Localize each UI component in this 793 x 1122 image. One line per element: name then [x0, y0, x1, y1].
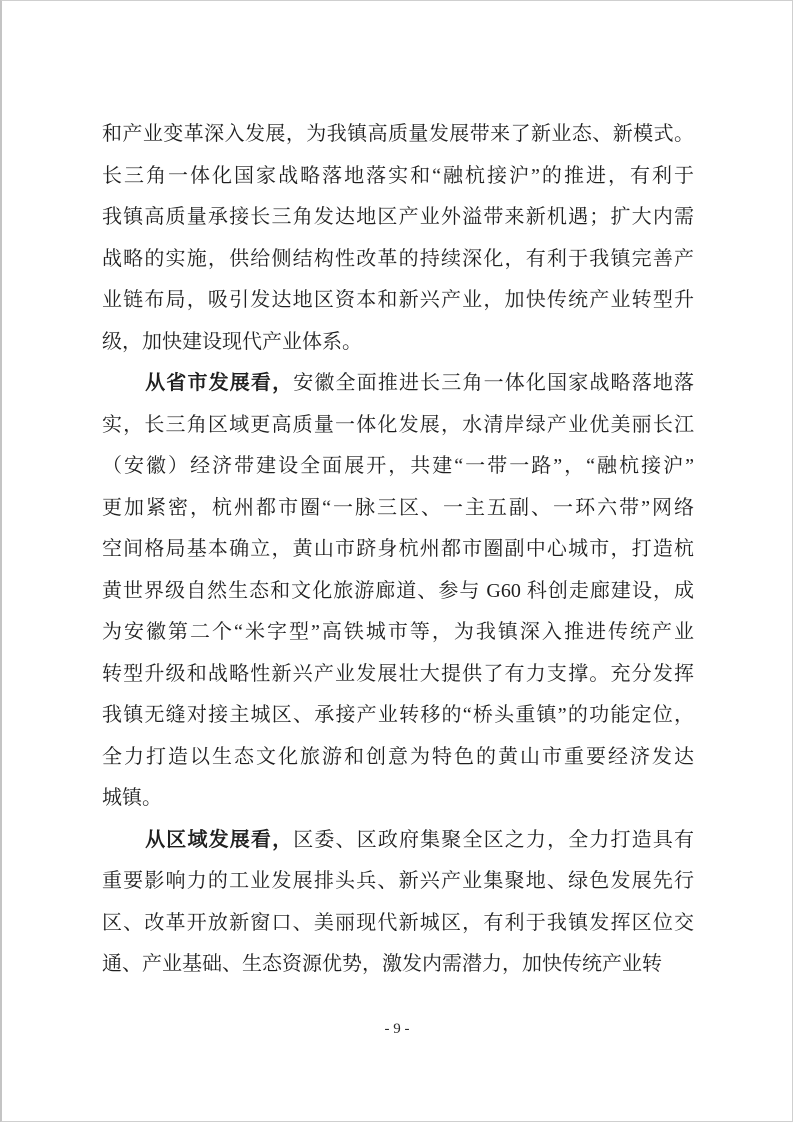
text-line: 城镇。	[102, 778, 694, 820]
line-text: 重要影响力的工业发展排头兵、新兴产业集聚地、绿色发展先行	[102, 870, 694, 892]
line-text: 转型升级和战略性新兴产业发展壮大提供了有力支撑。充分发挥	[102, 663, 694, 685]
text-line: 转型升级和战略性新兴产业发展壮大提供了有力支撑。充分发挥	[102, 654, 694, 696]
text-line: 长三角一体化国家战略落地落实和“融杭接沪”的推进，有利于	[102, 156, 694, 198]
text-line: 从区域发展看，区委、区政府集聚全区之力，全力打造具有	[102, 820, 694, 862]
text-line: 我镇无缝对接主城区、承接产业转移的“桥头重镇”的功能定位，	[102, 695, 694, 737]
line-text: 区、改革开放新窗口、美丽现代新城区，有利于我镇发挥区位交	[102, 912, 694, 934]
line-text: 安徽全面推进长三角一体化国家战略落地落	[293, 372, 694, 394]
line-text: 我镇无缝对接主城区、承接产业转移的“桥头重镇”的功能定位，	[102, 704, 694, 726]
line-text: 通、产业基础、生态资源优势，激发内需潜力，加快传统产业转	[102, 953, 662, 975]
line-text: 黄世界级自然生态和文化旅游廊道、参与 G60 科创走廊建设，成	[102, 580, 694, 602]
text-line: 级，加快建设现代产业体系。	[102, 322, 694, 364]
line-text: 更加紧密，杭州都市圈“一脉三区、一主五副、一环六带”网络	[102, 497, 694, 519]
text-line: 从省市发展看，安徽全面推进长三角一体化国家战略落地落	[102, 363, 694, 405]
line-text: 为安徽第二个“米字型”高铁城市等，为我镇深入推进传统产业	[102, 621, 694, 643]
text-line: 区、改革开放新窗口、美丽现代新城区，有利于我镇发挥区位交	[102, 903, 694, 945]
text-line: 黄世界级自然生态和文化旅游廊道、参与 G60 科创走廊建设，成	[102, 571, 694, 613]
text-line: 空间格局基本确立，黄山市跻身杭州都市圈副中心城市，打造杭	[102, 529, 694, 571]
text-line: 全力打造以生态文化旅游和创意为特色的黄山市重要经济发达	[102, 737, 694, 779]
line-text: 级，加快建设现代产业体系。	[102, 331, 362, 353]
text-line: 业链布局，吸引发达地区资本和新兴产业，加快传统产业转型升	[102, 280, 694, 322]
line-text: 我镇高质量承接长三角发达地区产业外溢带来新机遇；扩大内需	[102, 206, 694, 228]
document-body: 和产业变革深入发展，为我镇高质量发展带来了新业态、新模式。长三角一体化国家战略落…	[102, 114, 694, 986]
text-line: 实，长三角区域更高质量一体化发展，水清岸绿产业优美丽长江	[102, 405, 694, 447]
line-text: 全力打造以生态文化旅游和创意为特色的黄山市重要经济发达	[102, 746, 694, 768]
text-line: 通、产业基础、生态资源优势，激发内需潜力，加快传统产业转	[102, 944, 694, 986]
paragraph-lead: 从省市发展看，	[144, 372, 293, 394]
line-text: 空间格局基本确立，黄山市跻身杭州都市圈副中心城市，打造杭	[102, 538, 694, 560]
line-text: 战略的实施，供给侧结构性改革的持续深化，有利于我镇完善产	[102, 248, 694, 270]
text-line: （安徽）经济带建设全面展开，共建“一带一路”，“融杭接沪”	[102, 446, 694, 488]
line-text: 长三角一体化国家战略落地落实和“融杭接沪”的推进，有利于	[102, 165, 694, 187]
text-line: 重要影响力的工业发展排头兵、新兴产业集聚地、绿色发展先行	[102, 861, 694, 903]
line-text: 和产业变革深入发展，为我镇高质量发展带来了新业态、新模式。	[102, 123, 694, 145]
text-line: 更加紧密，杭州都市圈“一脉三区、一主五副、一环六带”网络	[102, 488, 694, 530]
text-line: 我镇高质量承接长三角发达地区产业外溢带来新机遇；扩大内需	[102, 197, 694, 239]
line-text: 区委、区政府集聚全区之力，全力打造具有	[293, 829, 694, 851]
page-number: - 9 -	[2, 1019, 792, 1039]
text-line: 战略的实施，供给侧结构性改革的持续深化，有利于我镇完善产	[102, 239, 694, 281]
line-text: （安徽）经济带建设全面展开，共建“一带一路”，“融杭接沪”	[102, 455, 694, 477]
line-text: 实，长三角区域更高质量一体化发展，水清岸绿产业优美丽长江	[102, 414, 694, 436]
text-line: 和产业变革深入发展，为我镇高质量发展带来了新业态、新模式。	[102, 114, 694, 156]
line-text: 城镇。	[102, 787, 162, 809]
line-text: 业链布局，吸引发达地区资本和新兴产业，加快传统产业转型升	[102, 289, 694, 311]
paragraph-indent	[102, 388, 144, 389]
document-page: 和产业变革深入发展，为我镇高质量发展带来了新业态、新模式。长三角一体化国家战略落…	[0, 0, 793, 1122]
paragraph-indent	[102, 845, 144, 846]
paragraph-lead: 从区域发展看，	[144, 829, 293, 851]
text-line: 为安徽第二个“米字型”高铁城市等，为我镇深入推进传统产业	[102, 612, 694, 654]
